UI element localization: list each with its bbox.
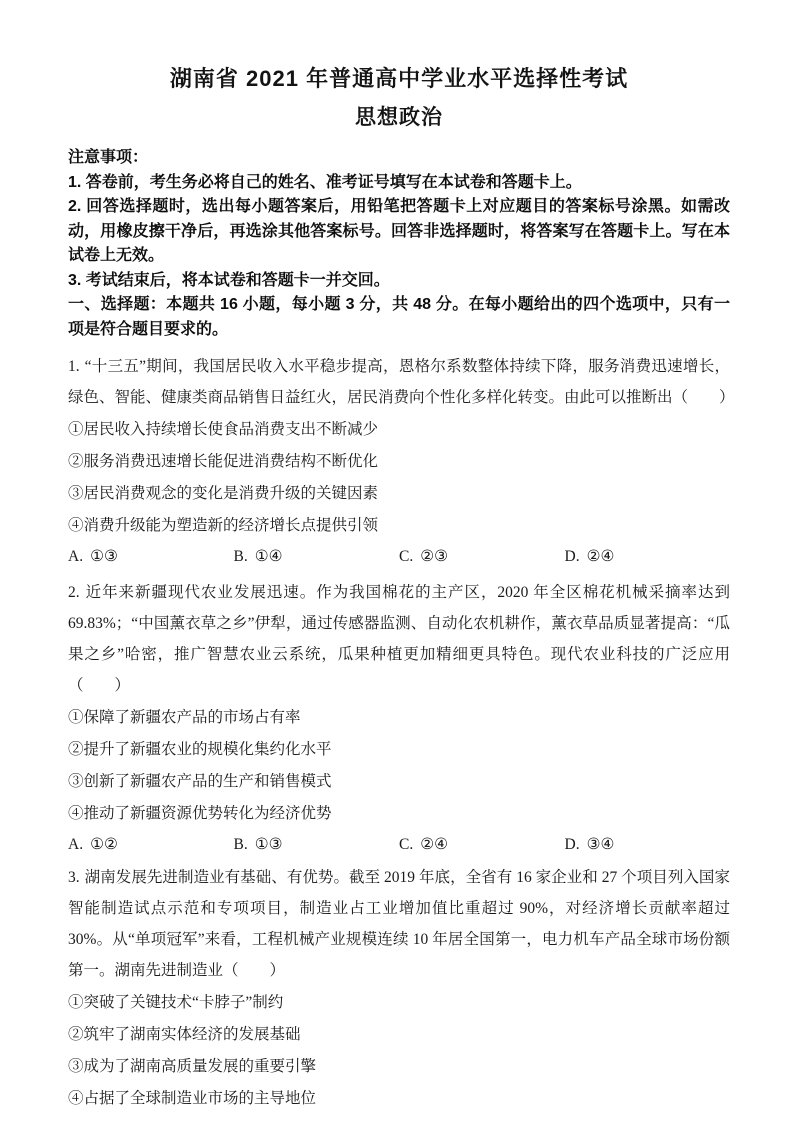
choice-value: ①③ <box>255 836 283 853</box>
choice-label: A. <box>68 836 83 853</box>
subject-title: 思想政治 <box>68 102 730 134</box>
question-2-number: 2. <box>68 584 80 601</box>
question-3-statement-2: ②筑牢了湖南实体经济的发展基础 <box>68 1019 730 1050</box>
choice-label: B. <box>234 548 248 565</box>
choice-label: C. <box>399 548 413 565</box>
question-2-choices: A.①② B.①③ C.②④ D.③④ <box>68 829 730 860</box>
question-2-choice-d: D.③④ <box>565 829 731 860</box>
notice-section: 注意事项： 1. 答卷前，考生务必将自己的姓名、准考证号填写在本试卷和答题卡上。… <box>68 146 730 293</box>
question-2-stem: 2.近年来新疆现代农业发展迅速。作为我国棉花的主产区，2020 年全区棉花机械采… <box>68 577 730 701</box>
question-2-statement-3: ③创新了新疆农产品的生产和销售模式 <box>68 766 730 797</box>
question-2-choice-a: A.①② <box>68 829 234 860</box>
question-3-statement-1: ①突破了关键技术“卡脖子”制约 <box>68 987 730 1018</box>
question-3: 3.湖南发展先进制造业有基础、有优势。截至 2019 年底，全省有 16 家企业… <box>68 862 730 1114</box>
question-2: 2.近年来新疆现代农业发展迅速。作为我国棉花的主产区，2020 年全区棉花机械采… <box>68 577 730 860</box>
choice-label: C. <box>399 836 413 853</box>
question-3-statement-3: ③成为了湖南高质量发展的重要引擎 <box>68 1051 730 1082</box>
choice-value: ①④ <box>255 548 283 565</box>
notice-item-1: 1. 答卷前，考生务必将自己的姓名、准考证号填写在本试卷和答题卡上。 <box>68 171 730 196</box>
choice-label: D. <box>565 548 580 565</box>
page-title: 湖南省 2021 年普通高中学业水平选择性考试 <box>68 62 730 96</box>
choice-value: ①③ <box>90 548 118 565</box>
question-1-choice-a: A.①③ <box>68 541 234 572</box>
question-1-number: 1. <box>68 358 80 375</box>
question-1-stem-text: “十三五”期间，我国居民收入水平稳步提高，恩格尔系数整体持续下降，服务消费迅速增… <box>68 358 735 406</box>
choice-label: D. <box>565 836 580 853</box>
question-2-statement-1: ①保障了新疆农产品的市场占有率 <box>68 702 730 733</box>
question-2-statement-4: ④推动了新疆资源优势转化为经济优势 <box>68 798 730 829</box>
question-1: 1.“十三五”期间，我国居民收入水平稳步提高，恩格尔系数整体持续下降，服务消费迅… <box>68 351 730 572</box>
section-heading: 一、选择题：本题共 16 小题，每小题 3 分，共 48 分。在每小题给出的四个… <box>68 293 730 342</box>
question-3-number: 3. <box>68 869 80 886</box>
choice-value: ②④ <box>420 836 448 853</box>
question-2-statement-2: ②提升了新疆农业的规模化集约化水平 <box>68 734 730 765</box>
choice-value: ①② <box>90 836 118 853</box>
choice-value: ③④ <box>587 836 615 853</box>
question-1-statement-2: ②服务消费迅速增长能促进消费结构不断优化 <box>68 446 730 477</box>
question-1-choice-b: B.①④ <box>234 541 400 572</box>
choice-value: ②④ <box>587 548 615 565</box>
question-1-choice-c: C.②③ <box>399 541 565 572</box>
question-1-choices: A.①③ B.①④ C.②③ D.②④ <box>68 541 730 572</box>
question-2-choice-b: B.①③ <box>234 829 400 860</box>
choice-label: A. <box>68 548 83 565</box>
notice-item-3: 3. 考试结束后，将本试卷和答题卡一并交回。 <box>68 269 730 294</box>
question-1-choice-d: D.②④ <box>565 541 731 572</box>
question-1-statement-3: ③居民消费观念的变化是消费升级的关键因素 <box>68 478 730 509</box>
question-1-stem: 1.“十三五”期间，我国居民收入水平稳步提高，恩格尔系数整体持续下降，服务消费迅… <box>68 351 730 413</box>
notice-heading: 注意事项： <box>68 146 730 171</box>
question-2-choice-c: C.②④ <box>399 829 565 860</box>
question-1-statement-1: ①居民收入持续增长使食品消费支出不断减少 <box>68 414 730 445</box>
exam-page: 湖南省 2021 年普通高中学业水平选择性考试 思想政治 注意事项： 1. 答卷… <box>0 0 793 1122</box>
choice-value: ②③ <box>420 548 448 565</box>
notice-item-2: 2. 回答选择题时，选出每小题答案后，用铅笔把答题卡上对应题目的答案标号涂黑。如… <box>68 195 730 269</box>
question-3-statement-4: ④占据了全球制造业市场的主导地位 <box>68 1083 730 1114</box>
choice-label: B. <box>234 836 248 853</box>
question-1-statement-4: ④消费升级能为塑造新的经济增长点提供引领 <box>68 510 730 541</box>
question-2-stem-text: 近年来新疆现代农业发展迅速。作为我国棉花的主产区，2020 年全区棉花机械采摘率… <box>68 584 730 694</box>
question-3-stem-text: 湖南发展先进制造业有基础、有优势。截至 2019 年底，全省有 16 家企业和 … <box>68 869 730 979</box>
question-3-stem: 3.湖南发展先进制造业有基础、有优势。截至 2019 年底，全省有 16 家企业… <box>68 862 730 986</box>
